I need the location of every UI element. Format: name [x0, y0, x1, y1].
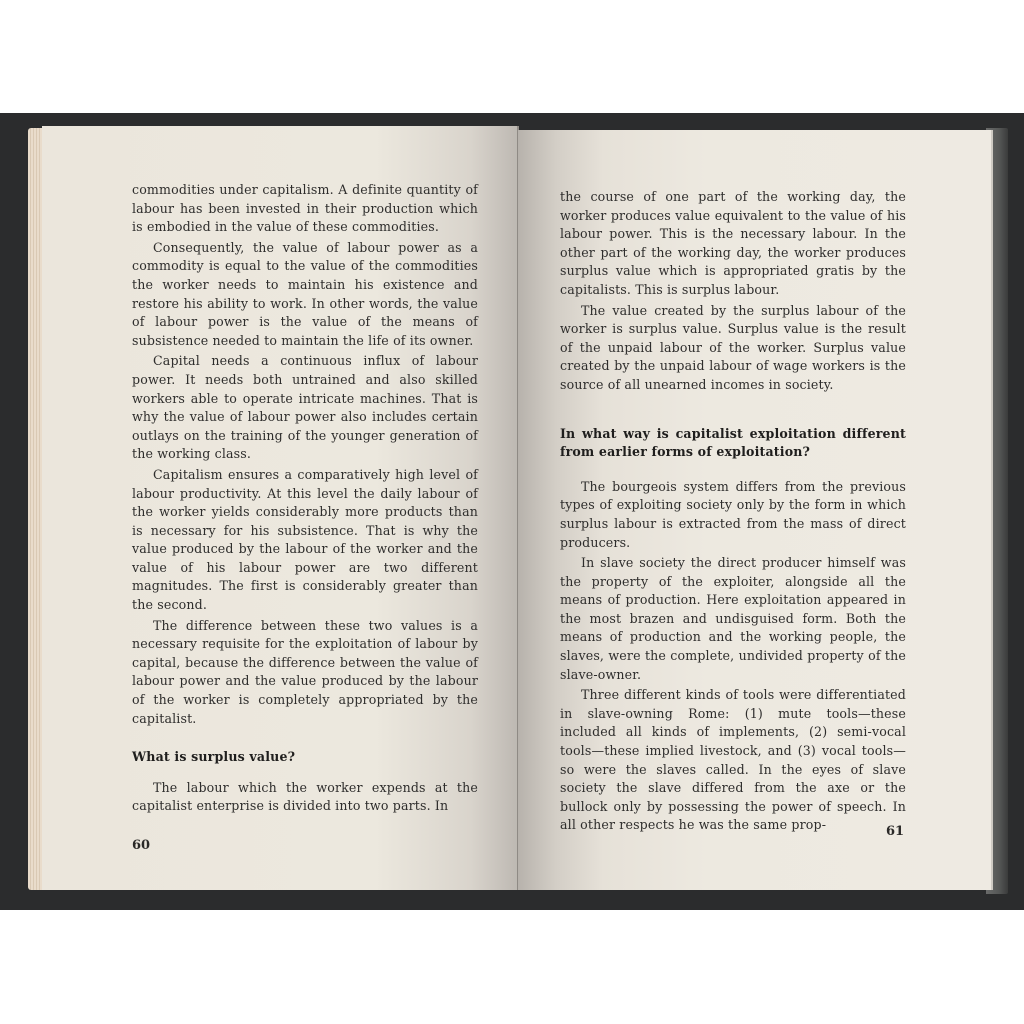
- section-heading: In what way is capitalist exploitation d…: [560, 425, 906, 462]
- paragraph: The difference between these two values …: [132, 617, 478, 729]
- page-number: 60: [132, 838, 150, 853]
- paragraph: Capital needs a continuous influx of lab…: [132, 352, 478, 464]
- paragraph: the course of one part of the working da…: [560, 188, 906, 300]
- paragraph: The value created by the surplus labour …: [560, 302, 906, 395]
- left-page-text: commodities under capitalism. A definite…: [132, 181, 478, 816]
- paragraph: The bourgeois system differs from the pr…: [560, 478, 906, 552]
- left-page: commodities under capitalism. A definite…: [42, 126, 518, 890]
- paragraph: In slave society the direct producer him…: [560, 554, 906, 684]
- right-page: the course of one part of the working da…: [518, 130, 993, 890]
- paragraph: Capitalism ensures a comparatively high …: [132, 466, 478, 615]
- section-heading: What is surplus value?: [132, 748, 478, 767]
- paragraph: The labour which the worker expends at t…: [132, 779, 478, 816]
- page-number: 61: [886, 824, 904, 839]
- paragraph: commodities under capitalism. A definite…: [132, 181, 478, 237]
- paragraph: Consequently, the value of labour power …: [132, 239, 478, 351]
- right-page-text: the course of one part of the working da…: [560, 188, 906, 835]
- paragraph: Three different kinds of tools were diff…: [560, 686, 906, 835]
